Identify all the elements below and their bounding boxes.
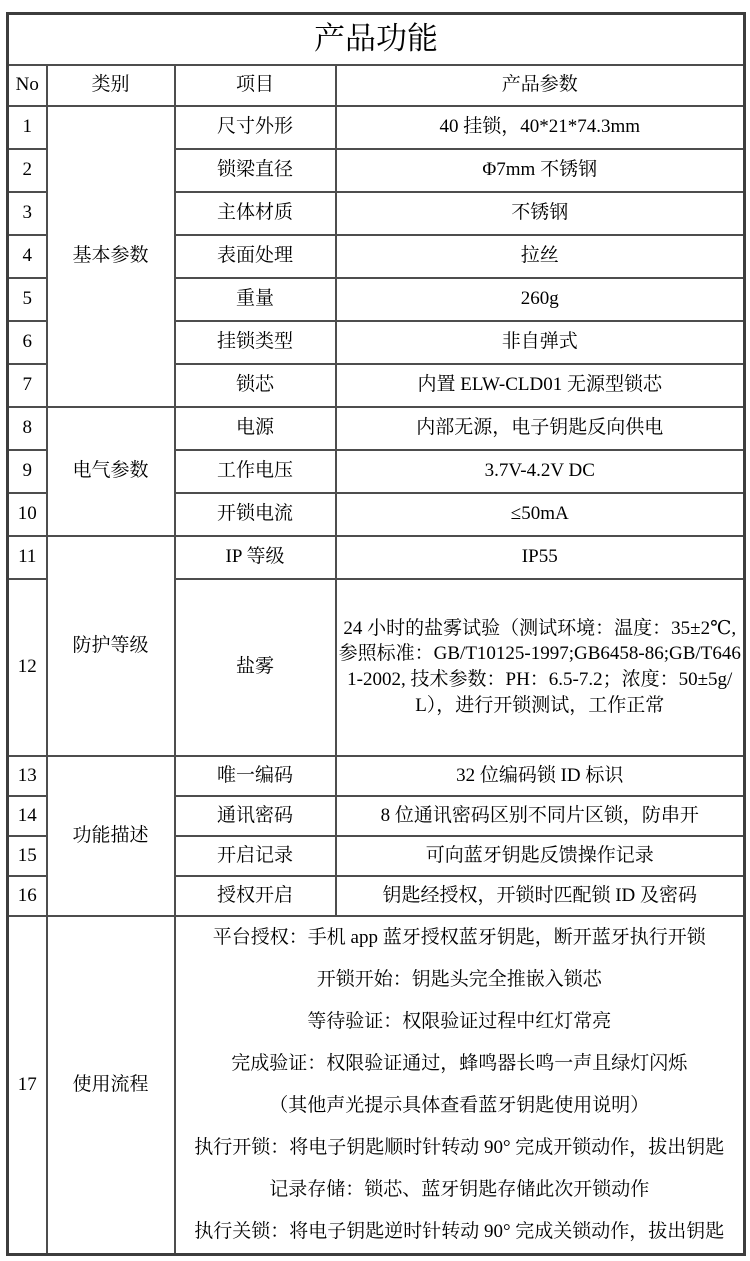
item-cell: 工作电压 [175, 450, 336, 493]
category-cell: 基本参数 [47, 106, 175, 407]
item-cell: 盐雾 [175, 579, 336, 756]
param-cell: 内部无源，电子钥匙反向供电 [336, 407, 745, 450]
item-cell: 尺寸外形 [175, 106, 336, 149]
column-header-row: No 类别 项目 产品参数 [8, 65, 745, 106]
param-cell: 不锈钢 [336, 192, 745, 235]
item-cell: 授权开启 [175, 876, 336, 916]
usage-step-line: 执行开锁：将电子钥匙顺时针转动 90° 完成开锁动作，拔出钥匙 [176, 1127, 744, 1169]
usage-step-line: （其他声光提示具体查看蓝牙钥匙使用说明） [176, 1085, 744, 1127]
item-cell: 电源 [175, 407, 336, 450]
item-cell: 重量 [175, 278, 336, 321]
usage-step-line: 平台授权：手机 app 蓝牙授权蓝牙钥匙，断开蓝牙执行开锁 [176, 917, 744, 959]
table-row: 17使用流程平台授权：手机 app 蓝牙授权蓝牙钥匙，断开蓝牙执行开锁开锁开始：… [8, 916, 745, 1255]
item-cell: 表面处理 [175, 235, 336, 278]
usage-step-line: 完成验证：权限验证通过，蜂鸣器长鸣一声且绿灯闪烁 [176, 1043, 744, 1085]
page-title: 产品功能 [8, 14, 745, 65]
param-cell: ≤50mA [336, 493, 745, 536]
param-cell: 24 小时的盐雾试验（测试环境：温度：35±2℃, 参照标准：GB/T10125… [336, 579, 745, 756]
param-cell: 非自弹式 [336, 321, 745, 364]
col-header-param: 产品参数 [336, 65, 745, 106]
row-number: 1 [8, 106, 47, 149]
item-cell: 开锁电流 [175, 493, 336, 536]
table-body: 1基本参数尺寸外形40 挂锁，40*21*74.3mm2锁梁直径Φ7mm 不锈钢… [8, 106, 745, 1255]
param-cell: 钥匙经授权，开锁时匹配锁 ID 及密码 [336, 876, 745, 916]
item-cell: 开启记录 [175, 836, 336, 876]
table-row: 11防护等级IP 等级IP55 [8, 536, 745, 579]
table-row: 1基本参数尺寸外形40 挂锁，40*21*74.3mm [8, 106, 745, 149]
row-number: 15 [8, 836, 47, 876]
row-number: 8 [8, 407, 47, 450]
row-number: 17 [8, 916, 47, 1255]
col-header-category: 类别 [47, 65, 175, 106]
product-spec-table: 产品功能 No 类别 项目 产品参数 1基本参数尺寸外形40 挂锁，40*21*… [6, 12, 746, 1256]
row-number: 14 [8, 796, 47, 836]
usage-step-line: 执行关锁：将电子钥匙逆时针转动 90° 完成关锁动作，拔出钥匙 [176, 1211, 744, 1253]
row-number: 10 [8, 493, 47, 536]
param-cell: 40 挂锁，40*21*74.3mm [336, 106, 745, 149]
param-cell: 32 位编码锁 ID 标识 [336, 756, 745, 796]
row-number: 4 [8, 235, 47, 278]
param-cell: IP55 [336, 536, 745, 579]
row-number: 3 [8, 192, 47, 235]
row-number: 16 [8, 876, 47, 916]
param-cell: 8 位通讯密码区别不同片区锁，防串开 [336, 796, 745, 836]
item-cell: IP 等级 [175, 536, 336, 579]
usage-step-line: 开锁开始：钥匙头完全推嵌入锁芯 [176, 959, 744, 1001]
param-cell: 内置 ELW-CLD01 无源型锁芯 [336, 364, 745, 407]
item-cell: 锁梁直径 [175, 149, 336, 192]
row-number: 11 [8, 536, 47, 579]
item-cell: 锁芯 [175, 364, 336, 407]
param-cell: 拉丝 [336, 235, 745, 278]
item-cell: 挂锁类型 [175, 321, 336, 364]
row-number: 13 [8, 756, 47, 796]
table-row: 8电气参数电源内部无源，电子钥匙反向供电 [8, 407, 745, 450]
row-number: 2 [8, 149, 47, 192]
col-header-item: 项目 [175, 65, 336, 106]
table-head: 产品功能 No 类别 项目 产品参数 [8, 14, 745, 106]
row-number: 5 [8, 278, 47, 321]
usage-step-line: 等待验证：权限验证过程中红灯常亮 [176, 1001, 744, 1043]
usage-steps-cell: 平台授权：手机 app 蓝牙授权蓝牙钥匙，断开蓝牙执行开锁开锁开始：钥匙头完全推… [175, 916, 745, 1255]
param-cell: 可向蓝牙钥匙反馈操作记录 [336, 836, 745, 876]
row-number: 6 [8, 321, 47, 364]
row-number: 9 [8, 450, 47, 493]
col-header-no: No [8, 65, 47, 106]
row-number: 7 [8, 364, 47, 407]
item-cell: 唯一编码 [175, 756, 336, 796]
spec-sheet-page: 产品功能 No 类别 项目 产品参数 1基本参数尺寸外形40 挂锁，40*21*… [0, 0, 750, 1261]
param-cell: Φ7mm 不锈钢 [336, 149, 745, 192]
row-number: 12 [8, 579, 47, 756]
table-row: 13功能描述唯一编码32 位编码锁 ID 标识 [8, 756, 745, 796]
usage-step-line: 记录存储：锁芯、蓝牙钥匙存储此次开锁动作 [176, 1169, 744, 1211]
category-cell: 防护等级 [47, 536, 175, 756]
category-cell: 电气参数 [47, 407, 175, 536]
item-cell: 通讯密码 [175, 796, 336, 836]
title-row: 产品功能 [8, 14, 745, 65]
category-cell: 使用流程 [47, 916, 175, 1255]
param-cell: 260g [336, 278, 745, 321]
param-cell: 3.7V-4.2V DC [336, 450, 745, 493]
item-cell: 主体材质 [175, 192, 336, 235]
category-cell: 功能描述 [47, 756, 175, 916]
